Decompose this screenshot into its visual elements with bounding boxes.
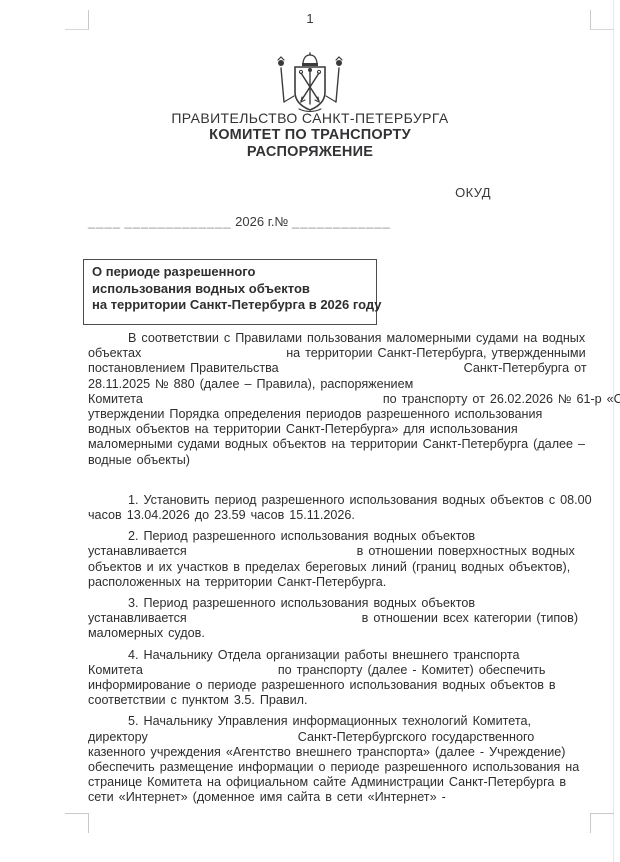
text-line: О периоде разрешенного [92, 264, 368, 281]
page-number: 1 [0, 11, 620, 26]
item-4-paragraph: 4. Начальнику Отдела организации работы … [88, 648, 576, 709]
text-line: В соответствии с Правилами пользования м… [88, 331, 576, 346]
year-and-number-label: 2026 г.№ [232, 214, 292, 229]
text-line: казенного учреждения «Агентство внешнего… [88, 745, 576, 760]
text-line: 2. Период разрешенного использования вод… [88, 529, 576, 544]
text-line: водные объекты) [88, 453, 576, 468]
text-line: сети «Интернет» (доменное имя сайта в се… [88, 790, 576, 805]
text-line: 5. Начальнику Управления информационных … [88, 714, 576, 729]
government-title: ПРАВИТЕЛЬСТВО САНКТ-ПЕТЕРБУРГА [0, 110, 620, 127]
item-3-paragraph: 3. Период разрешенного использования вод… [88, 596, 576, 642]
text-line: 28.11.2025 № 880 (далее – Правила), расп… [88, 377, 576, 392]
date-month-blank: _____________ [125, 214, 232, 229]
document-subject-box: О периоде разрешенногоиспользования водн… [83, 259, 377, 325]
okud-label: ОКУД [455, 185, 491, 200]
text-line: обеспечить размещение информации о перио… [88, 760, 576, 775]
date-number-line: ____ _____________ 2026 г.№ ____________ [88, 214, 391, 229]
committee-title: КОМИТЕТ ПО ТРАНСПОРТУ [0, 127, 620, 144]
text-line: постановлением Правительства Санкт-Петер… [88, 361, 576, 376]
text-line: информирование о периоде разрешенного ис… [88, 678, 576, 693]
document-body: В соответствии с Правилами пользования м… [88, 331, 576, 812]
text-line: на территории Санкт-Петербурга в 2026 го… [92, 297, 368, 314]
text-line: 1. Установить период разрешенного исполь… [88, 493, 576, 508]
item-5-paragraph: 5. Начальнику Управления информационных … [88, 714, 576, 805]
text-line: Комитета по транспорту от 26.02.2026 № 6… [88, 392, 576, 407]
text-line: 3. Период разрешенного использования вод… [88, 596, 576, 611]
document-header: ПРАВИТЕЛЬСТВО САНКТ-ПЕТЕРБУРГА КОМИТЕТ П… [0, 110, 620, 161]
text-line: странице Комитета на официальном сайте А… [88, 775, 576, 790]
text-line: часов 13.04.2026 до 23.59 часов 15.11.20… [88, 508, 576, 523]
item-1-paragraph: 1. Установить период разрешенного исполь… [88, 493, 576, 523]
document-type-title: РАСПОРЯЖЕНИЕ [0, 144, 620, 161]
text-line: объектов и их участков в пределах берего… [88, 560, 576, 575]
text-line: маломерных судов. [88, 626, 576, 641]
saint-petersburg-coat-of-arms-icon [272, 52, 348, 119]
text-line: маломерными судами водных объектов на те… [88, 437, 576, 452]
text-line: водных объектов на территории Санкт-Пете… [88, 422, 576, 437]
text-line: Комитета по транспорту (далее - Комитет)… [88, 663, 576, 678]
text-line: соответствии с пунктом 3.5. Правил. [88, 693, 576, 708]
item-2-paragraph: 2. Период разрешенного использования вод… [88, 529, 576, 590]
text-line: 4. Начальнику Отдела организации работы … [88, 648, 576, 663]
text-line: директору Санкт-Петербургского государст… [88, 730, 576, 745]
document-number-blank: ____________ [292, 214, 391, 229]
scan-corner-mark-bottom-left [65, 813, 89, 833]
scanned-document-page: 1 [0, 0, 620, 862]
text-line: расположенных на территории Санкт-Петерб… [88, 575, 576, 590]
intro-paragraph: В соответствии с Правилами пользования м… [88, 331, 576, 468]
text-line: объектах на территории Санкт-Петербурга,… [88, 346, 576, 361]
date-day-blank: ____ [88, 214, 121, 229]
text-line: утверждении Порядка определения периодов… [88, 407, 576, 422]
text-line: использования водных объектов [92, 281, 368, 298]
text-line: устанавливается в отношении всех категор… [88, 611, 576, 626]
text-line: устанавливается в отношении поверхностны… [88, 544, 576, 559]
scan-corner-mark-bottom-right [590, 813, 614, 833]
